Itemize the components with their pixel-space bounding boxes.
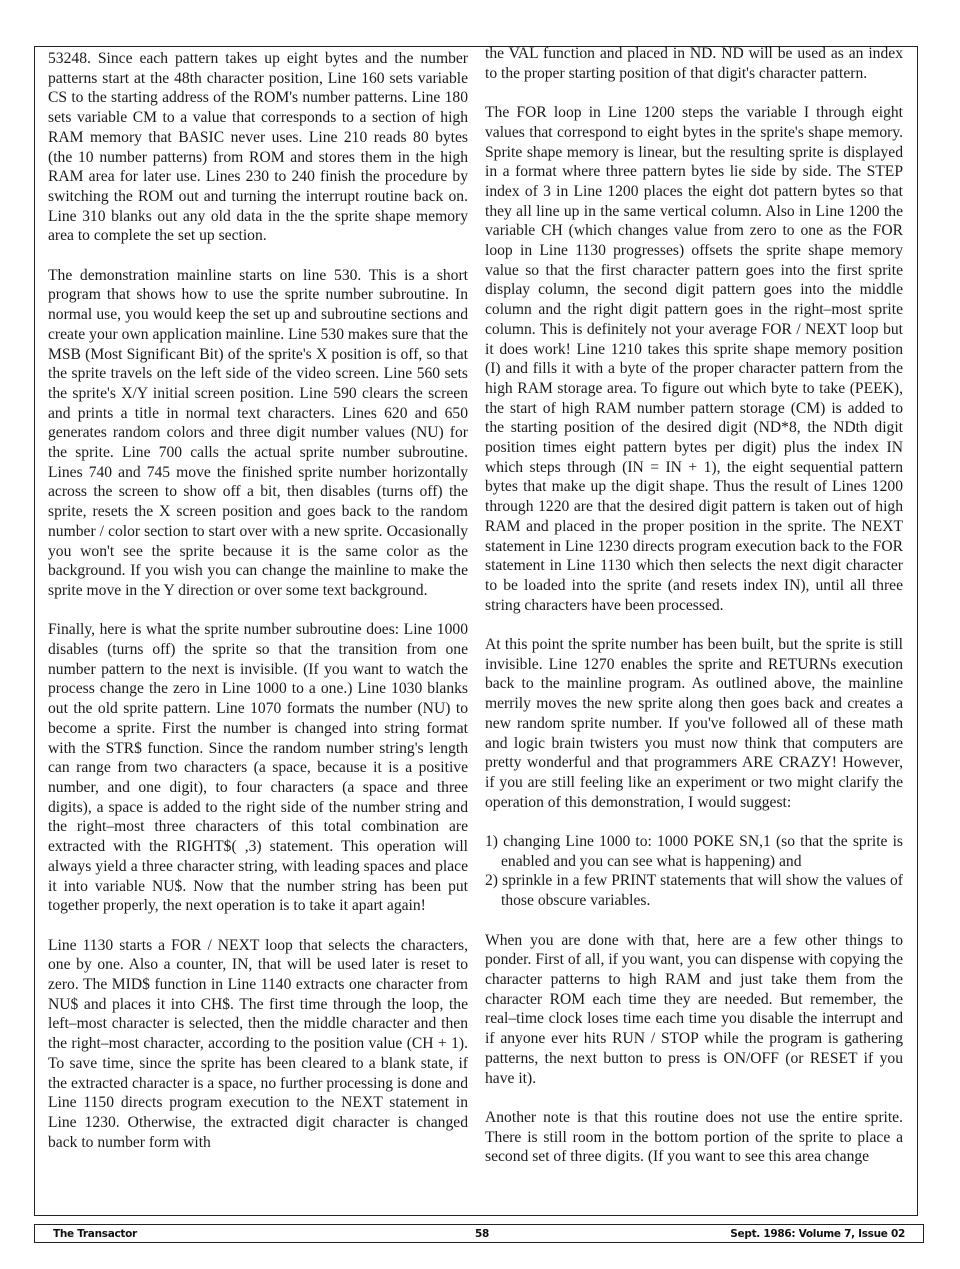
- paragraph-subroutine: Finally, here is what the sprite number …: [48, 620, 468, 916]
- article-frame: 53248. Since each pattern takes up eight…: [34, 46, 918, 1216]
- paragraph-another-note: Another note is that this routine does n…: [485, 1108, 903, 1167]
- paragraph-setup-section: 53248. Since each pattern takes up eight…: [48, 49, 468, 246]
- suggestion-item: 1) changing Line 1000 to: 1000 POKE SN,1…: [485, 832, 903, 871]
- paragraph-demo-mainline: The demonstration mainline starts on lin…: [48, 266, 468, 601]
- paragraph-for-loop-1200: The FOR loop in Line 1200 steps the vari…: [485, 103, 903, 615]
- issue-info: Sept. 1986: Volume 7, Issue 02: [730, 1228, 905, 1240]
- page-footer: The Transactor 58 Sept. 1986: Volume 7, …: [34, 1224, 924, 1243]
- publication-name: The Transactor: [53, 1228, 137, 1240]
- page-number: 58: [475, 1228, 489, 1240]
- paragraph-sprite-built: At this point the sprite number has been…: [485, 635, 903, 812]
- suggestion-item: 2) sprinkle in a few PRINT statements th…: [485, 871, 903, 910]
- left-column: 53248. Since each pattern takes up eight…: [48, 49, 468, 1152]
- paragraph-other-things: When you are done with that, here are a …: [485, 931, 903, 1089]
- right-column: the VAL function and placed in ND. ND wi…: [485, 44, 903, 1167]
- paragraph-for-next-loop: Line 1130 starts a FOR / NEXT loop that …: [48, 936, 468, 1153]
- paragraph-val-function: the VAL function and placed in ND. ND wi…: [485, 44, 903, 83]
